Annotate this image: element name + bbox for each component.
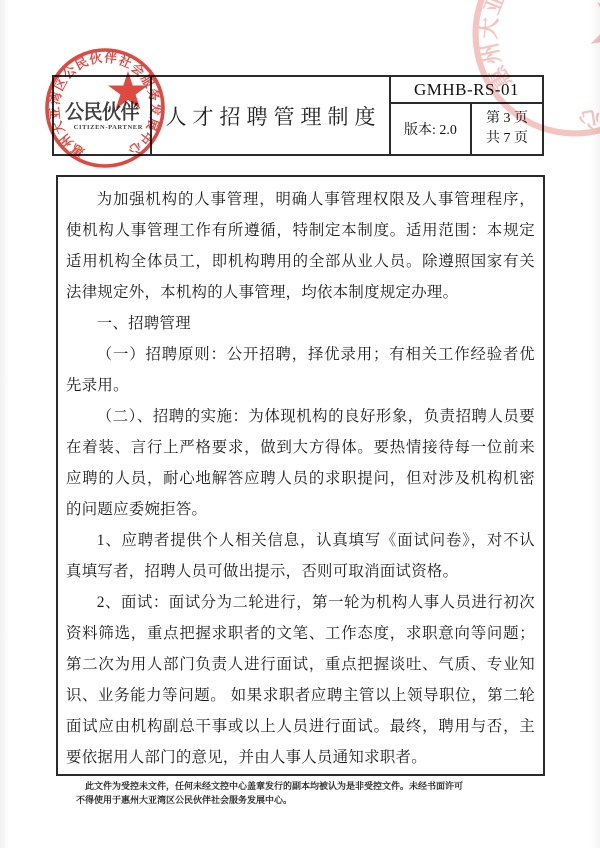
body-paragraph: 为加强机构的人事管理，明确人事管理权限及人事管理程序，使机构人事管理工作有所遵循… — [66, 184, 535, 308]
page-indicator: 第 3 页 共 7 页 — [472, 104, 542, 154]
body-paragraph: （二）、招聘的实施：为体现机构的良好形象，负责招聘人员要在着装、言行上严格要求，… — [66, 401, 535, 525]
star-icon — [579, 0, 600, 69]
document-header-table: 公民伙伴 CITIZEN-PARTNER 人才招聘管理制度 GMHB-RS-01… — [52, 75, 544, 156]
body-paragraph: 1、应聘者提供个人相关信息，认真填写《面试问卷》，对不认真填写者，招聘人员可做出… — [66, 525, 535, 587]
document-body: 为加强机构的人事管理，明确人事管理权限及人事管理程序，使机构人事管理工作有所遵循… — [56, 175, 545, 776]
company-logo: 公民伙伴 CITIZEN-PARTNER — [54, 103, 150, 131]
header-meta-section: GMHB-RS-01 版本: 2.0 第 3 页 共 7 页 — [391, 77, 542, 154]
page-current: 第 3 页 — [486, 109, 528, 129]
company-logo-subtitle: CITIZEN-PARTNER — [54, 124, 150, 131]
controlled-document-note: 此文件为受控未文件，任何未经文控中心盖章发行的副本均被认为是非受控文件。未经书面… — [76, 779, 468, 807]
company-logo-text: 公民伙伴 — [54, 103, 150, 124]
body-paragraph: （一）招聘原则：公开招聘，择优录用；有相关工作经验者优先录用。 — [66, 339, 535, 401]
logo-cell: 公民伙伴 CITIZEN-PARTNER — [54, 77, 152, 154]
body-paragraph: 一、招聘管理 — [66, 308, 535, 339]
page-total: 共 7 页 — [486, 129, 528, 149]
header-meta-bottom-row: 版本: 2.0 第 3 页 共 7 页 — [391, 104, 542, 154]
document-number: GMHB-RS-01 — [391, 77, 542, 104]
body-paragraph: 2、面试：面试分为二轮进行，第一轮为机构人事人员进行初次资料筛选，重点把握求职者… — [66, 587, 535, 773]
document-title: 人才招聘管理制度 — [152, 77, 391, 154]
document-version: 版本: 2.0 — [391, 104, 472, 154]
scanned-document-page: 公民伙伴 CITIZEN-PARTNER 人才招聘管理制度 GMHB-RS-01… — [0, 0, 600, 848]
